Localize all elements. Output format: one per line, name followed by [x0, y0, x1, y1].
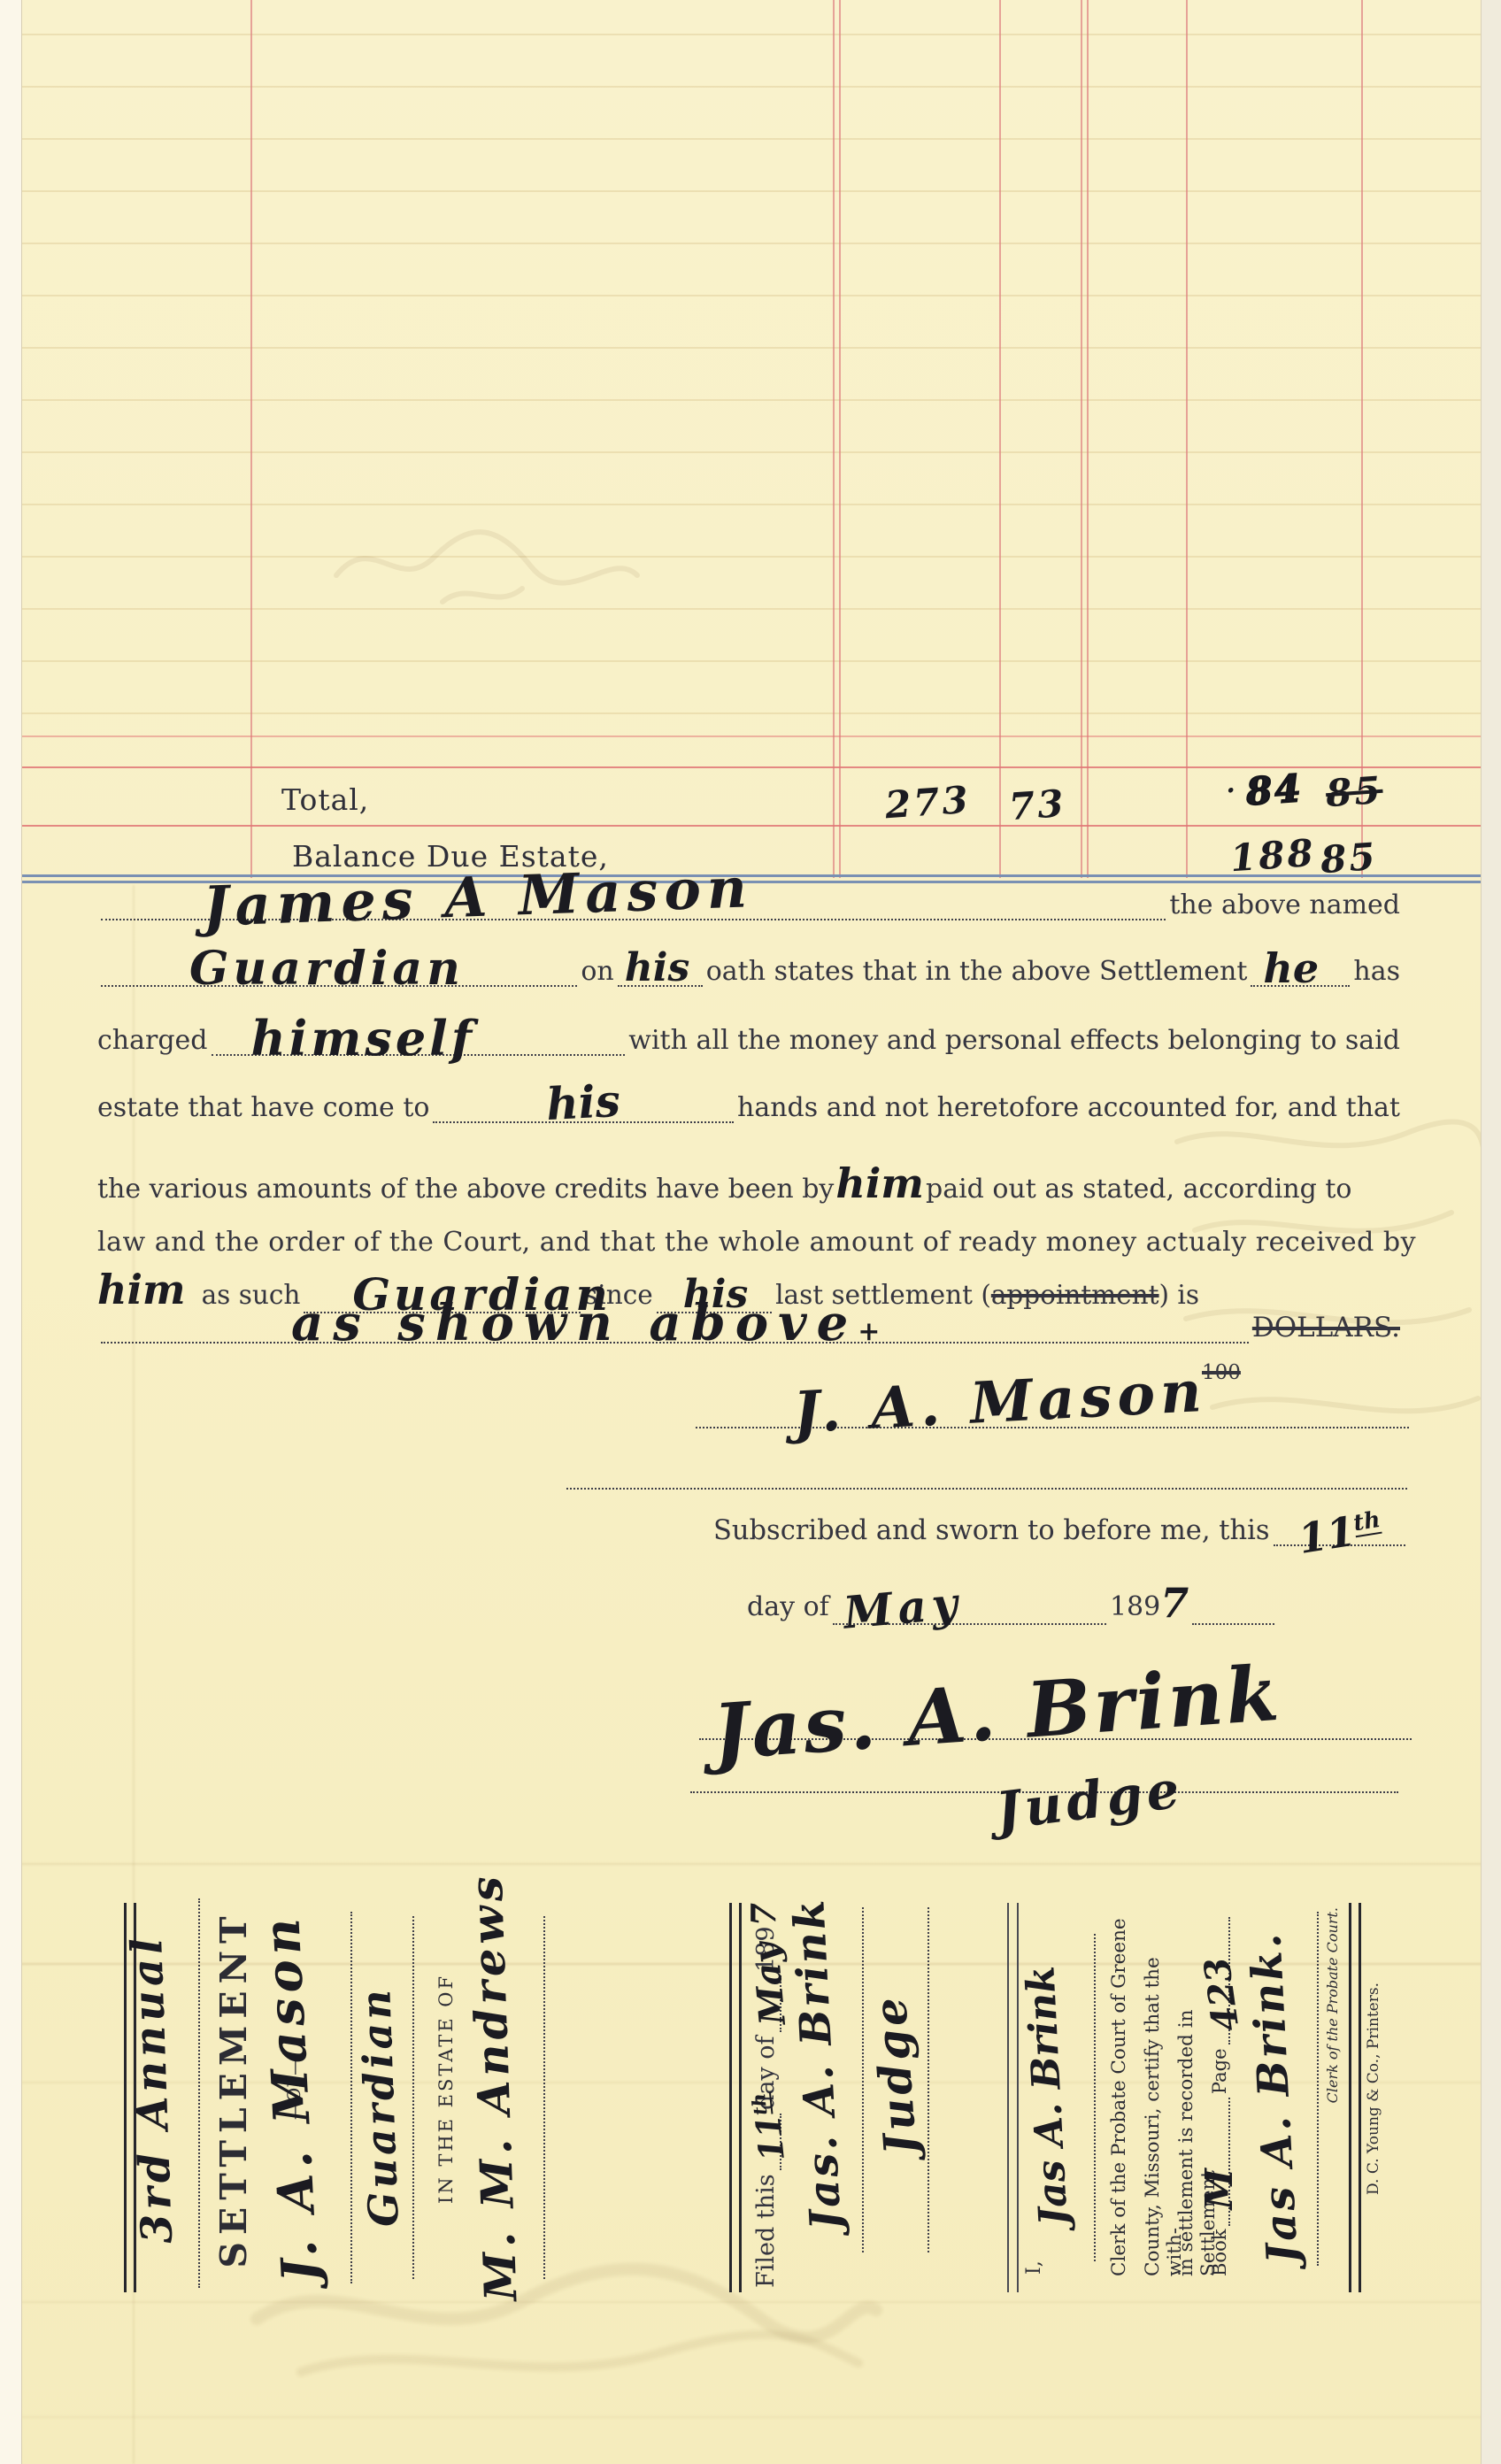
paper-right-edge: [1481, 0, 1501, 2464]
bleed-through-ghost: [319, 496, 655, 628]
his2-handwritten: his: [545, 1074, 621, 1130]
filed-judge-handwritten: Judge: [864, 1992, 928, 2156]
filed-line: Filed this 11th day of May 1897: [742, 1903, 781, 2288]
annual-handwritten: 3rd Annual: [122, 1933, 182, 2245]
docket-role-handwritten: Guardian: [351, 1985, 407, 2227]
affidavit-line-name: James A Mason the above named: [97, 889, 1400, 920]
he-handwritten: he: [1263, 944, 1319, 992]
total-amount2-cents-struck: 85: [1324, 768, 1384, 815]
printer-credit-text: D. C. Young & Co., Printers.: [1365, 1894, 1382, 2283]
day-entry-line: 11th: [1274, 1515, 1405, 1546]
balance-amount-dollars: 188: [1228, 831, 1317, 881]
judge-line: Judge: [690, 1733, 1398, 1793]
faint-line: [0, 1863, 1501, 1865]
on-text: on: [581, 956, 613, 987]
filed-signature-entry: Jas. A. Brink: [793, 1898, 843, 2230]
total-amount2-prefix: .: [1225, 768, 1239, 800]
him2-handwritten: him: [97, 1266, 186, 1313]
book-label: Book: [1209, 2229, 1230, 2276]
role-entry-line: Guardian: [101, 956, 577, 987]
oath-text: oath states that in the above Settlement: [706, 956, 1248, 987]
clerk-title-text: Clerk of the Probate Court.: [1324, 1907, 1341, 2283]
cert-i-text: I,: [1023, 2260, 1045, 2275]
paper-left-edge: [0, 0, 22, 2464]
docket-dotted-line: [198, 1898, 200, 2288]
ledger-column-line: [1361, 0, 1363, 878]
bleed-through-ghost: [1142, 1106, 1496, 1478]
estate-of-label: IN THE ESTATE OF: [435, 1894, 457, 2283]
brink-signature-line: Jas. A. Brink: [699, 1625, 1412, 1740]
day-of-text: day of: [747, 1591, 829, 1622]
filed-signature-handwritten: Jas. A. Brink: [784, 1897, 851, 2232]
as-such-text: as such: [202, 1280, 301, 1310]
docket-dotted-line: [1094, 1934, 1096, 2261]
cert-name-handwritten: Jas A. Brink: [1018, 1965, 1076, 2227]
book-page-line: Book M Page 423: [1209, 1913, 1230, 2276]
ledger-column-line: [1186, 0, 1188, 878]
day-handwritten: 11th: [1295, 1503, 1384, 1563]
judge-handwritten: Judge: [993, 1759, 1187, 1841]
filed-this-text: Filed this: [752, 2174, 780, 2288]
docket-dotted-line: [350, 1912, 352, 2283]
docket-panel: 3rd Annual SETTLEMENT —OF— J. A. Mason G…: [124, 1894, 1398, 2301]
caret-mark: +: [858, 1316, 880, 1347]
docket-role-entry: Guardian: [356, 1956, 404, 2257]
sworn-text: Subscribed and sworn to before me, this: [713, 1515, 1270, 1546]
total-row-label: Total,: [281, 782, 369, 817]
appointment-struck-text: appointment: [991, 1280, 1159, 1310]
book-value-entry: M: [1209, 2098, 1230, 2225]
estate-text: estate that have come to: [97, 1092, 429, 1123]
annual-entry: 3rd Annual: [127, 1898, 177, 2279]
docket-bottom-rule: [1349, 1903, 1361, 2292]
above-named-text: the above named: [1169, 889, 1400, 920]
page-value-entry: 423: [1209, 1917, 1230, 2044]
page-label: Page: [1209, 2048, 1230, 2094]
ledger-margin-line: [250, 0, 252, 878]
total-amount-cents: 73: [1007, 782, 1067, 828]
himself-handwritten: himself: [251, 1010, 475, 1066]
him-handwritten: him: [835, 1159, 924, 1207]
ledger-row-line: [0, 735, 1501, 737]
year-trailing-dots: [1192, 1577, 1274, 1625]
charged-text: charged: [97, 1025, 208, 1056]
clerk-signature-entry: Jas A. Brink.: [1250, 1916, 1299, 2279]
ledger-column-line: [999, 0, 1001, 878]
cert-text-1: Clerk of the Probate Court of Greene: [1108, 1905, 1130, 2276]
ledger-column-line: [1087, 0, 1089, 878]
docket-dotted-line: [928, 1907, 929, 2252]
his-handwritten: his: [625, 945, 689, 990]
docket-filed-rule: [729, 1903, 742, 2292]
book-value-handwritten: M: [1197, 2168, 1241, 2210]
ledger-row-line: [0, 825, 1501, 827]
various-text: the various amounts of the above credits…: [97, 1174, 834, 1205]
docket-dotted-line: [412, 1916, 414, 2279]
docket-name-handwritten: J. A. Mason: [252, 1912, 330, 2283]
filed-month-entry: May: [742, 1975, 781, 2032]
docket-cert-rule: [1007, 1903, 1019, 2292]
docket-dotted-line: [862, 1907, 864, 2252]
his-entry-line: his: [618, 956, 703, 987]
amount-entry-line: as shown above+: [101, 1312, 1249, 1344]
cert-name-entry: Jas A. Brink: [1023, 1915, 1045, 2257]
balance-amount-cents: 85: [1319, 835, 1379, 882]
affidavit-line-oath: Guardian on his oath states that in the …: [97, 956, 1400, 987]
affidavit-line-charged: charged himself with all the money and p…: [97, 1025, 1400, 1056]
ledger-faint-ruling: [0, 34, 1501, 733]
docket-name-entry: J. A. Mason: [262, 1894, 320, 2301]
has-text: has: [1353, 956, 1400, 987]
date-line: day of May 1897: [747, 1577, 1278, 1625]
total-amount2-dollars: 84: [1244, 766, 1305, 813]
his2-entry-line: his: [433, 1092, 734, 1123]
guardian-name-handwritten: James A Mason: [202, 855, 754, 939]
name-entry-line: James A Mason: [101, 889, 1166, 920]
month-entry-line: May: [833, 1577, 1106, 1625]
cert-line: I, Jas A. Brink: [1023, 1912, 1045, 2275]
settlement-document-page: Total, Balance Due Estate, 273 73 . 84 8…: [0, 0, 1501, 2464]
with-all-text: with all the money and personal effects …: [628, 1025, 1400, 1056]
clerk-signature-handwritten: Jas A. Brink.: [1241, 1930, 1308, 2266]
blank-dotted-line: [566, 1488, 1407, 1490]
ledger-column-line: [839, 0, 841, 878]
guardian-role-handwritten: Guardian: [189, 942, 465, 996]
year-printed-text: 189: [1110, 1591, 1160, 1622]
filed-day-handwritten: 11th: [745, 2091, 792, 2164]
docket-dotted-line: [1317, 1912, 1319, 2266]
amount-handwritten: as shown above+: [291, 1294, 880, 1352]
filed-year-digit: 7: [743, 1903, 783, 1926]
he-entry-line: he: [1251, 956, 1350, 987]
settlement-title: SETTLEMENT: [212, 1894, 255, 2283]
docket-dotted-line: [543, 1916, 545, 2279]
himself-entry-line: himself: [212, 1025, 626, 1056]
faint-line: [0, 2416, 1501, 2418]
ledger-column-line: [1081, 0, 1082, 878]
filed-judge-entry: Judge: [869, 1994, 921, 2155]
sworn-line: Subscribed and sworn to before me, this …: [713, 1515, 1409, 1546]
year-digit-handwritten: 7: [1160, 1579, 1189, 1627]
ledger-column-line: [833, 0, 835, 878]
estate-name-handwritten: M. M. Andrews: [460, 1871, 527, 2302]
estate-name-entry: M. M. Andrews: [467, 1894, 520, 2301]
total-amount-dollars: 273: [883, 778, 972, 828]
filed-day-entry: 11th: [742, 2114, 781, 2170]
